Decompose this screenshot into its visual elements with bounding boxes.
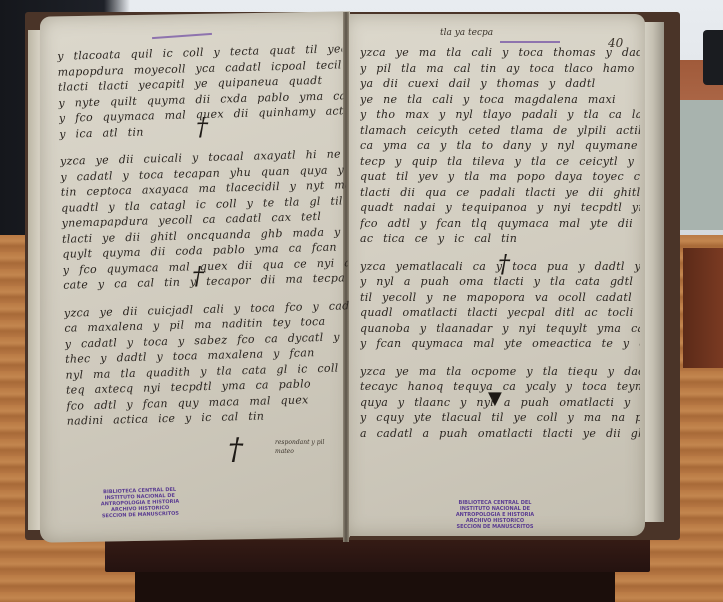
text-line: quat til yev y tla ma popo daya toyec ca… xyxy=(360,170,640,186)
right-page-text: yzca ye ma tla cali y toca thomas y dadt… xyxy=(360,46,640,442)
text-line: yzca yematlacali ca y toca pua y dadtl y… xyxy=(360,260,640,276)
right-header-stamp xyxy=(500,41,560,43)
text-line: quya y tlaanc y nyl a puah omatlacti y t… xyxy=(360,396,640,412)
text-line: yzca ye ma tla ocpome y tla tiequ y dadt… xyxy=(360,365,640,381)
text-line: quanoba y tlaanadar y nyi tequylt yma ca… xyxy=(360,322,640,338)
text-line: a cadatl a puah omatlacti tlacti ye dii … xyxy=(360,427,640,443)
rubric-mark: † xyxy=(192,262,204,290)
right-header-note: tla ya tecpa xyxy=(440,28,493,38)
text-line: y tho max y nyl tlayo padali y tla ca la… xyxy=(360,108,640,124)
text-line: til yecoll y ne mapopora va ocoll cadatl xyxy=(360,291,640,307)
text-line: y fcan quymaca mal yte omeactica te y ec… xyxy=(360,337,640,353)
rubric-mark: † xyxy=(196,113,208,141)
text-line: tecayc hanoq tequya ca ycaly y toca teyn… xyxy=(360,380,640,396)
left-page-text: y tlacoata quil ic coll y tecta quat til… xyxy=(57,42,352,430)
text-line: tlacti dii qua ce padali tlacti ye dii g… xyxy=(360,186,640,202)
text-line: y pil tla ma cal tin ay toca tlaco hamo … xyxy=(360,62,640,78)
rubric-mark: † xyxy=(228,432,243,467)
text-line: ye ne tla cali y toca magdalena maxi xyxy=(360,93,640,109)
text-line: fco adtl y fcan tlq quymaca mal yte dii xyxy=(360,217,640,233)
text-line: ya dii cuexi dail y thomas y dadtl xyxy=(360,77,640,93)
text-line: ac tica ce y ic cal tin xyxy=(360,232,640,248)
text-line: y nyl a puah oma tlacti y tla cata gdtl … xyxy=(360,275,640,291)
signature-note: respondant y pil mateo xyxy=(275,438,324,456)
text-line: yzca ye ma tla cali y toca thomas y dadt… xyxy=(360,46,640,62)
text-line: y cquy yte tlacual til ye coll y ma na p… xyxy=(360,411,640,427)
text-line: tlamach ceicyth ceted tlama de ylpili ac… xyxy=(360,124,640,140)
right-archive-stamp: BIBLIOTECA CENTRAL DEL INSTITUTO NACIONA… xyxy=(440,500,550,530)
wooden-box xyxy=(683,248,723,368)
text-line: quadt nadai y tequipanoa y nyi tecpdtl y… xyxy=(360,201,640,217)
background-speaker xyxy=(703,30,723,85)
left-archive-stamp: BIBLIOTECA CENTRAL DEL INSTITUTO NACIONA… xyxy=(85,486,196,520)
text-line: ca yma ca y tla to dany y nyl quymane xyxy=(360,139,640,155)
text-line: quadl omatlacti tlacti yecpal ditl ac to… xyxy=(360,306,640,322)
text-line: tecp y quip tla tileva y tla ce ceicytl … xyxy=(360,155,640,171)
page-edges-right xyxy=(642,22,664,522)
